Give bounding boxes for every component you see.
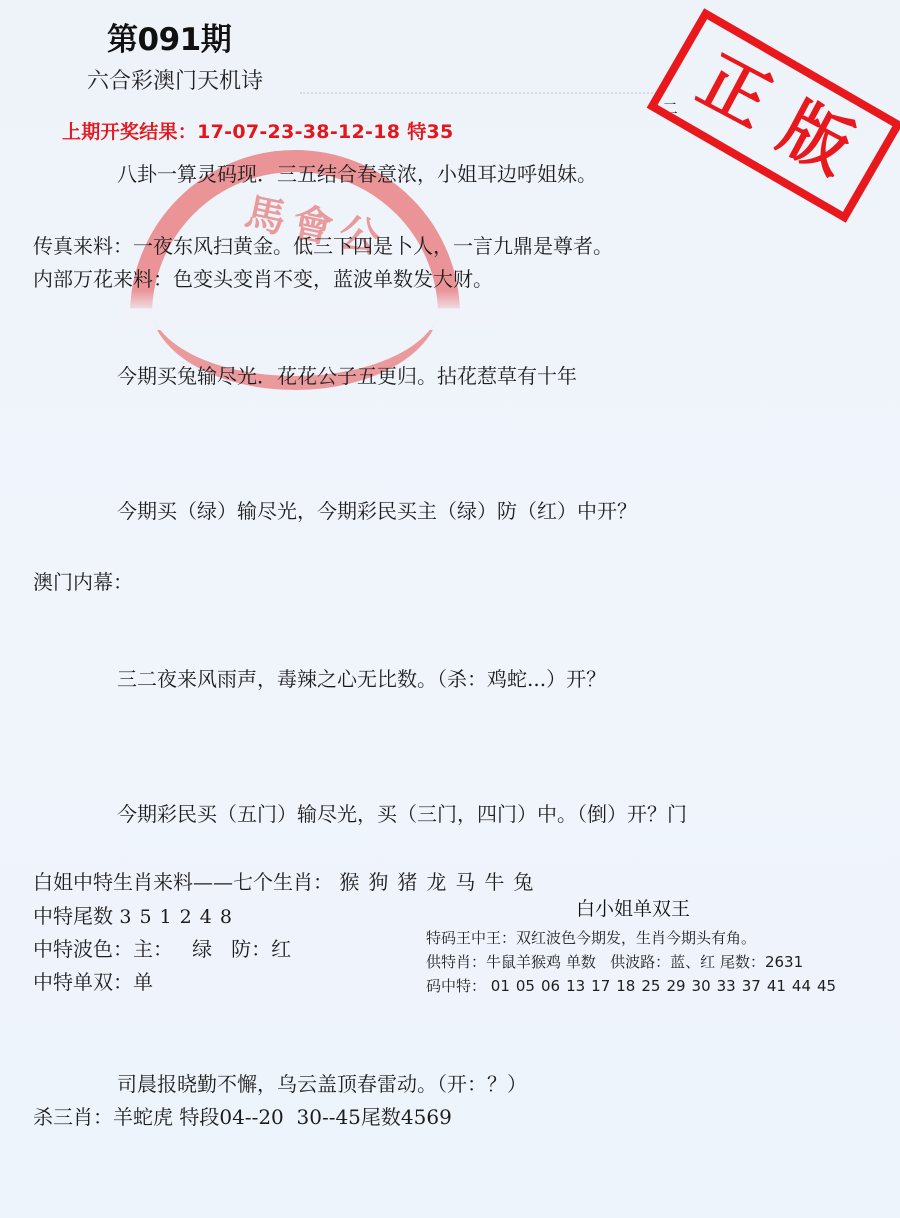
kill-zodiacs: 羊蛇虎	[113, 1105, 173, 1129]
danshuang-line-1: 特码王中王：双红波色今期发，生肖今期头有角。	[426, 927, 756, 948]
code-item: 37	[742, 977, 761, 995]
code-item: 25	[641, 977, 660, 995]
code-item: 18	[616, 977, 635, 995]
poem-line-1: 八卦一算灵码现．三五结合春意浓，小姐耳边呼姐妹。	[117, 158, 597, 187]
kill-label: 杀三肖：	[33, 1105, 113, 1129]
odd-even-label: 中特单双：	[33, 970, 133, 994]
odd-even-line: 中特单双：单	[33, 966, 153, 995]
last-result-numbers: 17-07-23-38-12-18	[197, 121, 400, 143]
segment-value: 04--20 30--45	[219, 1105, 361, 1129]
code-item: 06	[541, 977, 560, 995]
code-item: 44	[792, 977, 811, 995]
codes-list: 0105061317182529303337414445	[491, 977, 842, 995]
issue-number-title: 第091期	[107, 14, 231, 59]
tail-digit: 2	[180, 906, 192, 928]
macau-inside-label: 澳门内幕：	[33, 566, 133, 595]
wave-label: 中特波色：主：	[33, 937, 173, 961]
faint-dotted-line	[300, 92, 660, 94]
seal-fade-overlay	[120, 290, 500, 330]
code-item: 29	[666, 977, 685, 995]
code-item: 45	[817, 977, 836, 995]
box-tail: 2631	[765, 953, 803, 971]
zodiac-item: 龙	[426, 870, 446, 894]
zodiac-item: 狗	[368, 870, 388, 894]
stamp-char-ban: 版	[770, 93, 862, 185]
poem-line-3: 今期买（绿）输尽光，今期彩民买主（绿）防（红）中开？	[117, 495, 637, 524]
last-result-label: 上期开奖结果：	[62, 121, 197, 143]
wave-guard: 红	[271, 937, 291, 961]
last-result-special: 特35	[407, 121, 453, 143]
danshuang-title: 白小姐单双王	[576, 894, 690, 921]
wanhua-source-line: 内部万花来料：色变头变肖不变，蓝波单数发大财。	[33, 263, 493, 292]
code-item: 41	[767, 977, 786, 995]
subtitle: 六合彩澳门天机诗	[87, 64, 263, 95]
codes-label: 码中特：	[426, 977, 486, 995]
seal-watermark	[130, 150, 460, 480]
code-item: 17	[591, 977, 610, 995]
tail-digit: 8	[220, 906, 232, 928]
segment-label: 特段	[179, 1105, 219, 1129]
poem-line-5: 今期彩民买（五门）输尽光，买（三门，四门）中。（倒）开？门	[117, 798, 687, 827]
wave-path-label: 供波路：	[610, 953, 670, 971]
codes-line: 码中特： 0105061317182529303337414445	[426, 975, 842, 996]
code-item: 13	[566, 977, 585, 995]
stamp-char-zheng: 正	[688, 46, 780, 138]
authentic-stamp: 正 版	[647, 8, 900, 223]
wave-color-line: 中特波色：主： 绿 防：红	[33, 933, 291, 962]
code-item: 30	[692, 977, 711, 995]
fax-source-line: 传真来料：一夜东风扫黄金。低三下四是卜人，一言九鼎是尊者。	[33, 230, 613, 259]
kill-three-zodiacs-line: 杀三肖：羊蛇虎 特段04--20 30--45尾数4569	[33, 1101, 452, 1130]
last-draw-result: 上期开奖结果：17-07-23-38-12-18 特35	[62, 117, 454, 144]
danshuang-line-2: 供特肖：牛鼠羊猴鸡 单数 供波路：蓝、红 尾数：2631	[426, 951, 803, 972]
tail-label: 中特尾数	[33, 904, 113, 928]
footer-tail-label: 尾数	[361, 1105, 401, 1129]
zodiac-item: 马	[455, 870, 475, 894]
special-oddeven: 单数	[566, 953, 596, 971]
wave-guard-label: 防：	[231, 937, 271, 961]
tail-digit: 4	[200, 906, 212, 928]
code-item: 01	[491, 977, 510, 995]
zodiac-item: 兔	[513, 870, 533, 894]
zodiac-list: 猴狗猪龙马牛兔	[339, 870, 542, 894]
code-item: 33	[717, 977, 736, 995]
odd-even-value: 单	[133, 970, 153, 994]
footer-poem: 司晨报晓勤不懈，乌云盖顶春雷动。（开：？）	[117, 1068, 527, 1097]
document-page: 馬會公 第091期 六合彩澳门天机诗 二 上期开奖结果：17-07-23-38-…	[0, 0, 900, 1218]
special-zodiac-label: 供特肖：	[426, 953, 486, 971]
poem-line-2: 今期买兔输尽光．花花公子五更归。拈花惹草有十年	[117, 360, 577, 389]
box-tail-label: 尾数：	[720, 953, 765, 971]
tail-digits-line: 中特尾数 351248	[33, 900, 240, 929]
zodiac-item: 牛	[484, 870, 504, 894]
special-zodiacs: 牛鼠羊猴鸡	[486, 953, 561, 971]
tail-digit: 5	[139, 906, 151, 928]
footer-tail: 4569	[401, 1105, 452, 1129]
wave-main: 绿	[192, 937, 212, 961]
tail-digits: 351248	[119, 904, 240, 928]
zodiac-item: 猪	[397, 870, 417, 894]
tail-digit: 1	[160, 906, 172, 928]
zodiac-source-line: 白姐中特生肖来料——七个生肖： 猴狗猪龙马牛兔	[33, 866, 542, 895]
tail-digit: 3	[119, 906, 131, 928]
wave-path: 蓝、红	[670, 953, 715, 971]
code-item: 05	[516, 977, 535, 995]
poem-line-4: 三二夜来风雨声，毒辣之心无比数。（杀：鸡蛇...）开？	[117, 663, 606, 692]
zodiac-label: 白姐中特生肖来料——七个生肖：	[33, 870, 333, 894]
zodiac-item: 猴	[339, 870, 359, 894]
